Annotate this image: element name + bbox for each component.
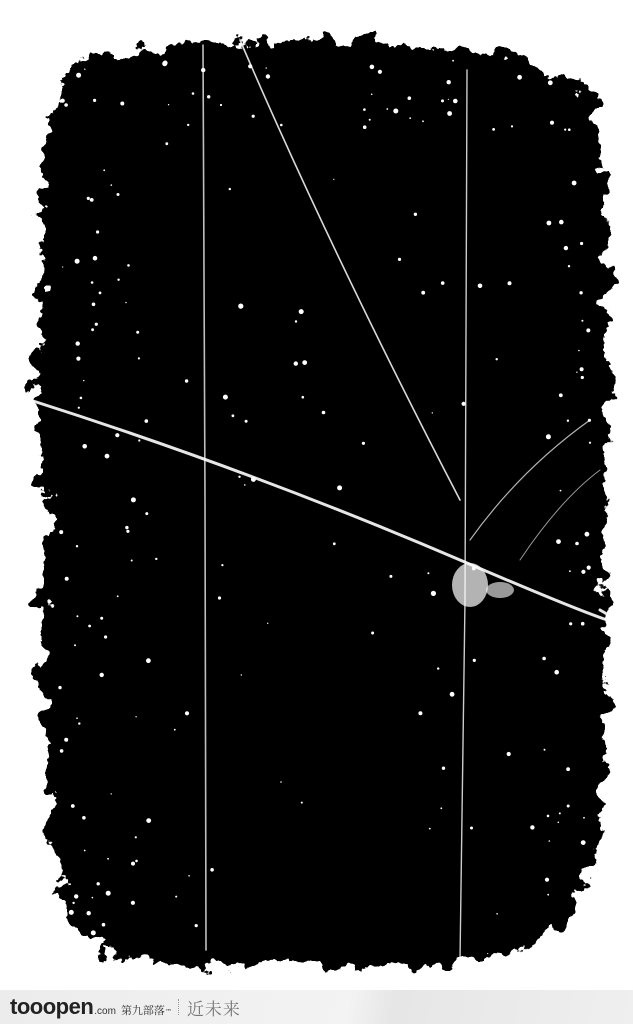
grunge-texture-image (0, 0, 633, 990)
brand-name: tooopen (10, 994, 93, 1020)
author-name: 近未来 (187, 995, 241, 1020)
brand-cn-name: 第九部落 (121, 1002, 165, 1018)
brand-logo: tooopen .com 第九部落 ™ (10, 994, 172, 1020)
trademark-symbol: ™ (165, 1008, 172, 1016)
separator (178, 999, 179, 1015)
grunge-texture-svg (0, 0, 633, 990)
brand-domain: .com (94, 1006, 116, 1017)
watermark-bar: tooopen .com 第九部落 ™ 近未来 (0, 990, 633, 1024)
